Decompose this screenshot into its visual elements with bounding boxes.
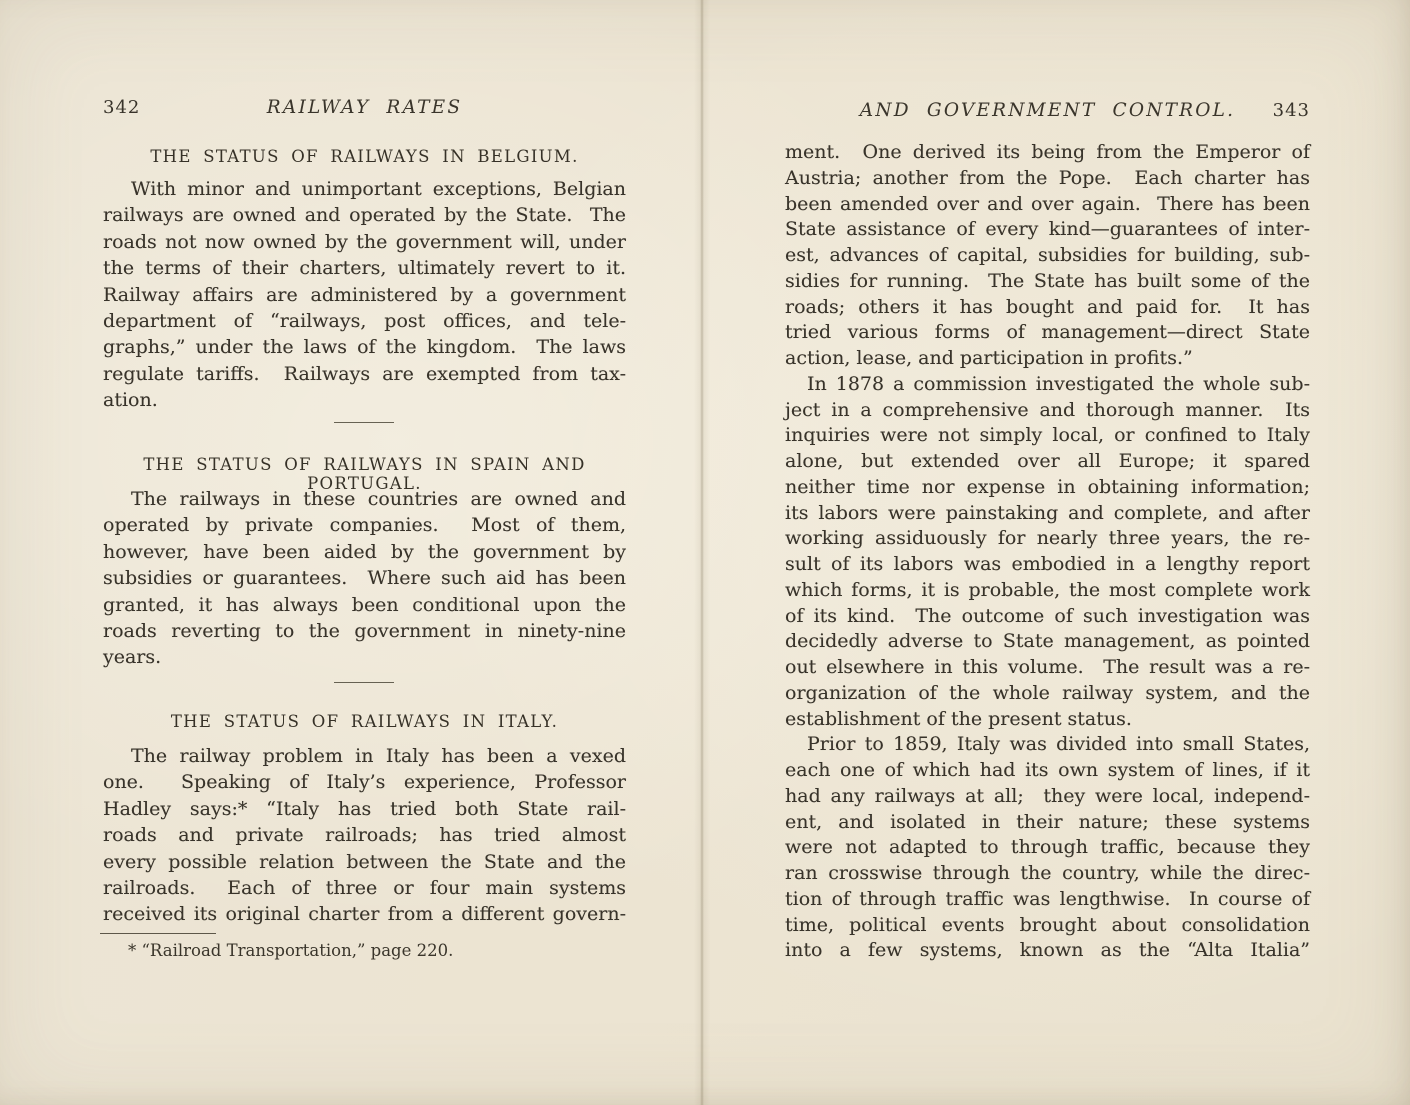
text-line: years. [103,644,626,670]
text-line: each one of which had its own system of … [785,758,1310,784]
text-line: action, lease, and participation in prof… [785,346,1310,372]
text-line: roads not now owned by the government wi… [103,229,626,255]
paragraph-spain-portugal: The railways in these countries are owne… [103,486,626,671]
text-line: The railways in these countries are owne… [103,486,626,512]
text-line: The railway problem in Italy has been a … [103,743,626,769]
page-gutter-crease [694,0,710,1105]
text-line: regulate tariffs. Railways are exempted … [103,361,626,387]
text-line: roads and private railroads; has tried a… [103,822,626,848]
text-line: however, have been aided by the governme… [103,539,626,565]
text-line: had any railways at all; they were local… [785,784,1310,810]
text-line: alone, but extended over all Europe; it … [785,449,1310,475]
text-line: ment. One derived its being from the Emp… [785,140,1310,166]
text-line: railroads. Each of three or four main sy… [103,875,626,901]
section-divider [334,422,394,423]
section-heading-belgium: THE STATUS OF RAILWAYS IN BELGIUM. [103,147,626,166]
text-line: Hadley says:* “Italy has tried both Stat… [103,796,626,822]
text-line: railways are owned and operated by the S… [103,202,626,228]
text-line: working assiduously for nearly three yea… [785,526,1310,552]
left-page-header: 342 RAILWAY RATES [103,97,626,121]
left-running-title: RAILWAY RATES [103,97,626,118]
text-line: every possible relation between the Stat… [103,849,626,875]
text-line: one. Speaking of Italy’s experience, Pro… [103,769,626,795]
text-line: of its kind. The outcome of such investi… [785,604,1310,630]
text-line: est, advances of capital, subsidies for … [785,243,1310,269]
text-line: into a few systems, known as the “Alta I… [785,938,1310,964]
paragraph-belgium: With minor and unimportant exceptions, B… [103,176,626,414]
text-line: With minor and unimportant exceptions, B… [103,176,626,202]
section-divider [334,682,394,683]
right-page-number: 343 [1273,100,1310,121]
text-line: ent, and isolated in their nature; these… [785,810,1310,836]
text-line: operated by private companies. Most of t… [103,512,626,538]
text-line: sult of its labors was embodied in a len… [785,552,1310,578]
text-line: its labors were painstaking and complete… [785,501,1310,527]
text-line: were not adapted to through traffic, bec… [785,835,1310,861]
text-line: the terms of their charters, ultimately … [103,255,626,281]
right-running-title: AND GOVERNMENT CONTROL. [785,100,1310,121]
section-heading-italy: THE STATUS OF RAILWAYS IN ITALY. [103,712,626,731]
text-line: sidies for running. The State has built … [785,269,1310,295]
text-line: roads; others it has bought and paid for… [785,295,1310,321]
text-line: establishment of the present status. [785,707,1310,733]
text-line: Prior to 1859, Italy was divided into sm… [785,732,1310,758]
text-line: ject in a comprehensive and thorough man… [785,398,1310,424]
text-line: ation. [103,387,626,413]
text-line: received its original charter from a dif… [103,901,626,927]
text-line: granted, it has always been conditional … [103,592,626,618]
paragraph-italy: The railway problem in Italy has been a … [103,743,626,928]
text-line: department of “railways, post offices, a… [103,308,626,334]
text-line: graphs,” under the laws of the kingdom. … [103,334,626,360]
text-line: State assistance of every kind—guarantee… [785,217,1310,243]
text-line: organization of the whole railway system… [785,681,1310,707]
text-line: neither time nor expense in obtaining in… [785,475,1310,501]
text-line: ran crosswise through the country, while… [785,861,1310,887]
text-line: Austria; another from the Pope. Each cha… [785,166,1310,192]
book-spread: 342 RAILWAY RATES THE STATUS OF RAILWAYS… [0,0,1410,1105]
text-line: out elsewhere in this volume. The result… [785,655,1310,681]
text-line: In 1878 a commission investigated the wh… [785,372,1310,398]
text-line: tion of through traffic was lengthwise. … [785,887,1310,913]
text-line: time, political events brought about con… [785,913,1310,939]
text-line: inquiries were not simply local, or conf… [785,423,1310,449]
footnote-rule [100,933,216,934]
text-line: been amended over and over again. There … [785,192,1310,218]
text-line: Railway affairs are administered by a go… [103,282,626,308]
text-line: which forms, it is probable, the most co… [785,578,1310,604]
right-text-column: ment. One derived its being from the Emp… [785,140,1310,964]
text-line: subsidies or guarantees. Where such aid … [103,565,626,591]
text-line: tried various forms of management—direct… [785,320,1310,346]
text-line: decidedly adverse to State management, a… [785,629,1310,655]
footnote-text: * “Railroad Transportation,” page 220. [103,941,651,960]
left-page-number: 342 [103,97,140,118]
text-line: roads reverting to the government in nin… [103,618,626,644]
right-page-header: AND GOVERNMENT CONTROL. 343 [785,100,1310,124]
